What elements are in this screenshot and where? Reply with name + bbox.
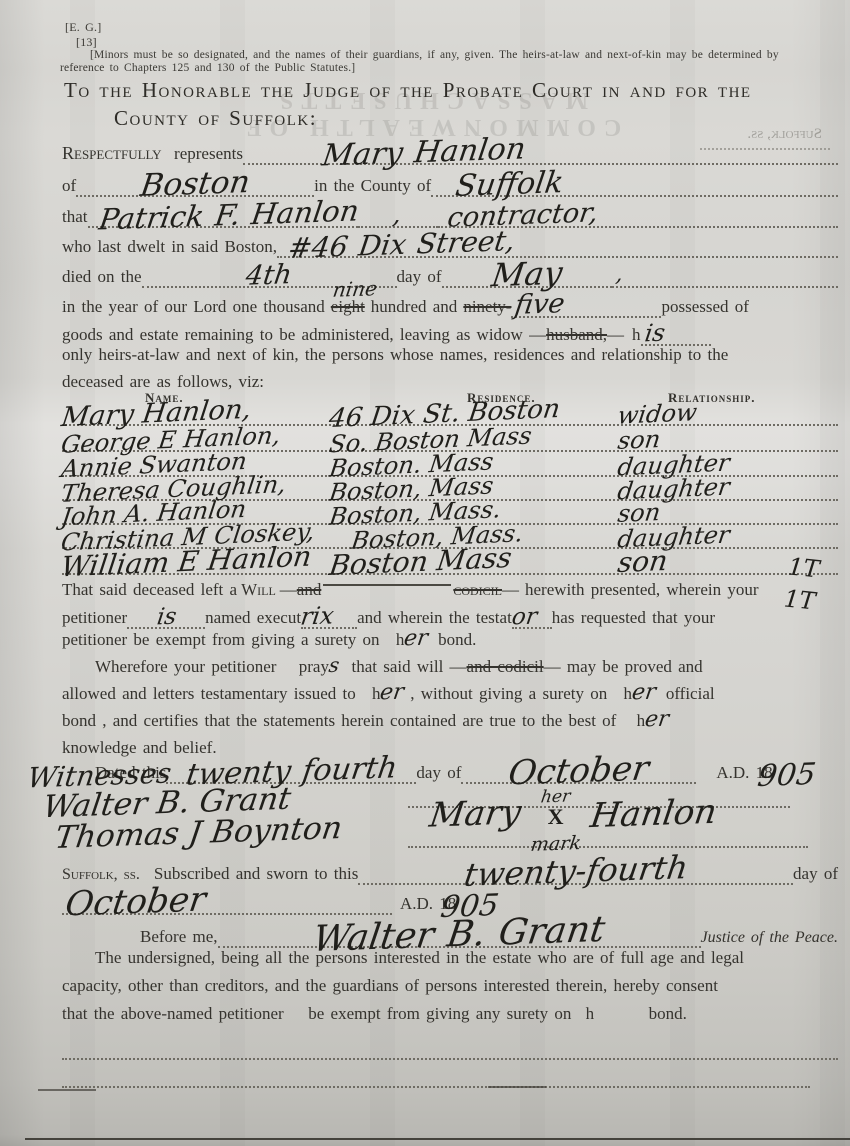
h-label: h xyxy=(632,325,641,346)
wherefore-label: Wherefore your petitioner xyxy=(95,657,276,676)
possessed-label: possessed of xyxy=(661,297,748,318)
line-will-1: That said deceased left a Will — and cod… xyxy=(62,575,784,601)
margin-code-eg: [E. G.] xyxy=(65,20,101,35)
that-label: that xyxy=(62,207,88,228)
heir-relationship: widow xyxy=(616,402,698,426)
handwritten-year: 905 xyxy=(756,762,817,789)
consent-line-2: capacity, other than creditors, and the … xyxy=(62,976,718,996)
surety-label: petitioner be exempt from giving a suret… xyxy=(62,630,380,649)
will-dash1: — xyxy=(280,580,297,601)
and-codicil-struck: and codicil xyxy=(467,657,544,676)
allowed-label: allowed and letters testamentary issued … xyxy=(62,684,356,703)
line-will-3: petitioner be exempt from giving a suret… xyxy=(62,630,476,650)
stray-mark-left xyxy=(38,1089,96,1091)
will-dash2: — xyxy=(502,580,519,601)
handwritten-five: five xyxy=(514,293,567,318)
handwritten-s: s xyxy=(328,657,341,674)
bottom-dotted-line-2 xyxy=(62,1086,810,1088)
heir-relationship: daughter xyxy=(616,477,731,502)
consent-line-3: that the above-named petitioner be exemp… xyxy=(62,1004,687,1024)
consent-bond: bond. xyxy=(649,1004,687,1023)
line-allowed: allowed and letters testamentary issued … xyxy=(62,684,715,704)
table-row: William E Hanlon Boston Mass son xyxy=(62,549,838,575)
line-deceased-follows: deceased are as follows, viz: xyxy=(62,372,264,392)
petitioner-label: petitioner xyxy=(62,608,127,629)
line-goods: goods and estate remaining to be adminis… xyxy=(62,316,838,346)
will-word: Will xyxy=(241,580,276,601)
line-year: in the year of our Lord one thousand eig… xyxy=(62,288,838,318)
line-before-me: Before me, Walter B. Grant Justice of th… xyxy=(140,912,838,948)
testat-label: and wherein the testat xyxy=(357,608,512,629)
bond-2: bond xyxy=(62,711,96,730)
dwelt-label: who last dwelt in said Boston, xyxy=(62,237,277,258)
signature-x-mark: X xyxy=(548,804,564,830)
instructions-line1: [Minors must be so designated, and the n… xyxy=(90,49,779,61)
margin-mark-2: 1T xyxy=(784,590,815,613)
handwritten-county: Suffolk xyxy=(454,170,565,199)
before-me-label: Before me, xyxy=(140,927,218,948)
line-sworn-2: October A.D. 18 905 xyxy=(62,883,838,915)
line-of-county: of Boston in the County of Suffolk xyxy=(62,165,838,197)
heir-relationship: son xyxy=(616,549,669,575)
heir-relationship: son xyxy=(617,502,662,524)
handwritten-is-2: is xyxy=(155,608,177,628)
husband-struck: husband, xyxy=(546,325,607,346)
goods-label: goods and estate remaining to be adminis… xyxy=(62,325,546,346)
document-title-line1: To the Honorable the Judge of the Probat… xyxy=(64,78,752,103)
table-row: Mary Hanlon, 46 Dix St. Boston widow xyxy=(62,399,838,426)
petitioner-signature: Mary her X mark Hanlon xyxy=(430,772,716,829)
stray-mark-middle xyxy=(488,1086,546,1088)
handwritten-er-1: er xyxy=(403,630,429,649)
handwritten-er-2: er xyxy=(379,684,405,703)
witness-signature-2: Thomas J Boynton xyxy=(56,820,341,848)
consent-line3a: that the above-named petitioner xyxy=(62,1004,284,1023)
will-line1b: herewith presented, wherein your xyxy=(525,580,759,601)
scanned-probate-petition-page: COMMONWEALTH OF MASSACHUSETTS Suffolk, s… xyxy=(0,0,850,1146)
consent-h: h xyxy=(586,1004,595,1023)
died-label: died on the xyxy=(62,267,142,288)
handwritten-month-comma: , xyxy=(614,266,624,285)
dayof-label: day of xyxy=(397,267,442,288)
of-label: of xyxy=(62,176,76,197)
ninety-struck: ninety- xyxy=(463,297,511,318)
line-death-date: died on the 4th day of May , xyxy=(62,257,838,288)
bottom-dotted-line-1 xyxy=(62,1058,838,1060)
requested-label: has requested that your xyxy=(552,608,715,629)
hundred-label: hundred and xyxy=(371,297,458,318)
signature-mark-word: mark xyxy=(529,836,582,854)
heir-relationship: son xyxy=(617,429,662,451)
page-bottom-edge-line xyxy=(25,1138,850,1140)
margin-mark-1: 1T xyxy=(788,558,819,581)
may-be-proved-label: — may be proved and xyxy=(544,657,703,676)
signature-last-name: Hanlon xyxy=(588,798,718,831)
justice-of-peace-label: Justice of the Peace. xyxy=(701,929,839,948)
handwritten-or: or xyxy=(510,608,538,628)
official-label: official xyxy=(666,684,715,703)
instructions-line2: reference to Chapters 125 and 130 of the… xyxy=(60,62,355,74)
represents-label: represents xyxy=(174,144,243,163)
consent-line-1: The undersigned, being all the persons i… xyxy=(95,948,744,968)
named-execut-label: named execut xyxy=(205,608,301,629)
strike-filler-line xyxy=(323,584,451,586)
handwritten-residence-city: Boston xyxy=(139,169,252,199)
handwritten-er-4: er xyxy=(644,711,670,730)
line-deceased-name: that Patrick F. Hanlon , contractor, xyxy=(62,196,838,228)
line-heirs: only heirs-at-law and next of kin, the p… xyxy=(62,345,728,365)
year-prefix: in the year of our Lord one thousand xyxy=(62,297,325,318)
will-line1a: That said deceased left a xyxy=(62,580,237,601)
certifies-label: , and certifies that the statements here… xyxy=(102,711,616,730)
handwritten-comma: , xyxy=(392,204,403,226)
without-label: , without giving a surety on xyxy=(410,684,607,703)
signature-dotted-line-2 xyxy=(408,846,808,848)
sworn-dayof-label: day of xyxy=(793,864,838,885)
consent-line3b: be exempt from giving any surety on xyxy=(308,1004,571,1023)
line-respectfully: Respectfully represents Mary Hanlon xyxy=(62,134,838,165)
signature-first-name: Mary xyxy=(428,798,523,830)
pray-label: pray xyxy=(299,657,329,676)
margin-code-13: [13] xyxy=(76,35,97,50)
line-wherefore: Wherefore your petitioner prays that sai… xyxy=(95,657,703,677)
bond-1: bond. xyxy=(438,630,476,649)
handwritten-death-day: 4th xyxy=(245,264,294,289)
handwritten-address: #46 Dix Street, xyxy=(287,229,517,261)
said-will-label: that said will — xyxy=(351,657,466,676)
line-bond-certifies: bond , and certifies that the statements… xyxy=(62,711,669,731)
line-dwelt-address: who last dwelt in said Boston, #46 Dix S… xyxy=(62,227,838,258)
handwritten-rix: rix xyxy=(300,605,336,627)
handwritten-nine: nine xyxy=(331,280,378,299)
handwritten-death-month: May xyxy=(489,260,563,290)
heir-residence: Boston Mass xyxy=(328,546,513,578)
handwritten-er-3: er xyxy=(631,684,657,703)
respectfully-label: Respectfully xyxy=(62,143,162,163)
goods-dash: — xyxy=(607,325,624,346)
signature-her-word: her xyxy=(540,789,571,804)
heir-name: William E Hanlon xyxy=(60,545,313,580)
codicil-struck: codicil xyxy=(453,580,502,601)
document-title-line2: County of Suffolk: xyxy=(114,106,317,131)
and-struck: and xyxy=(297,580,322,601)
handwritten-is: is xyxy=(643,323,666,344)
